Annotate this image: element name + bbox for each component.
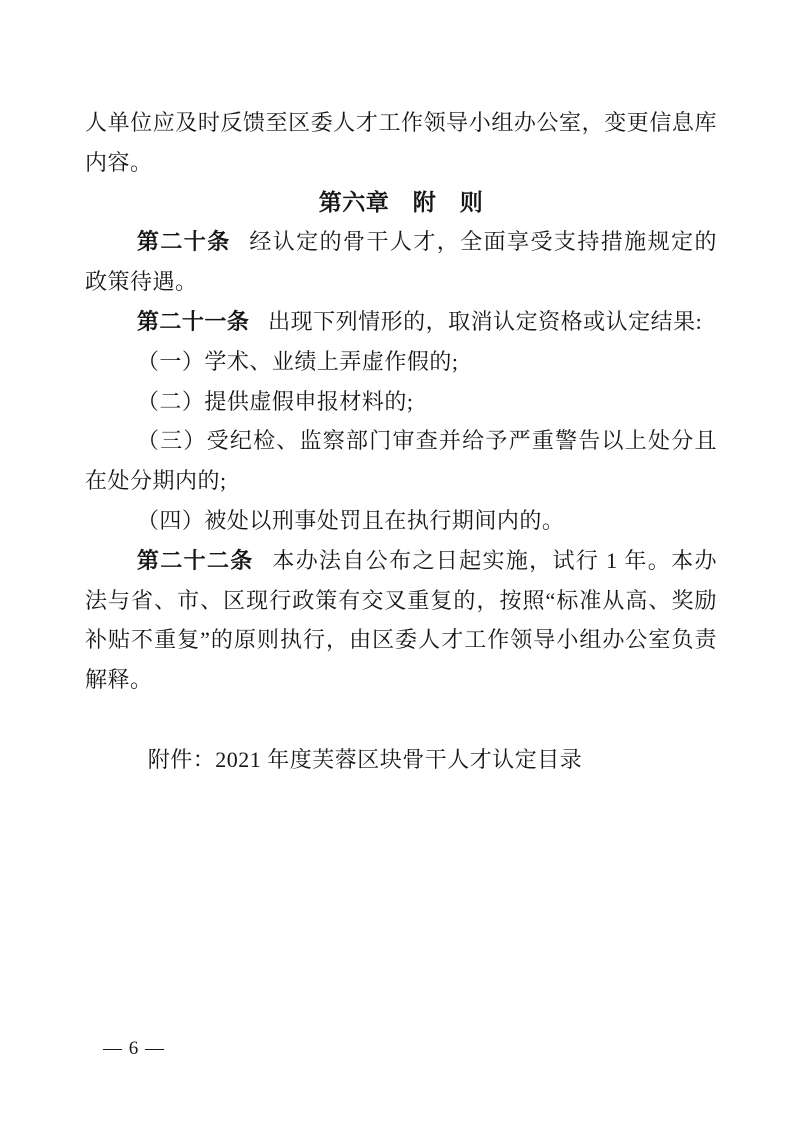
list-item: （三）受纪检、监察部门审查并给予严重警告以上处分且在处分期内的; [85, 421, 717, 501]
list-item: （四）被处以刑事处罚且在执行期间内的。 [85, 501, 717, 541]
continuation-paragraph: 人单位应及时反馈至区委人才工作领导小组办公室，变更信息库内容。 [85, 103, 717, 183]
attachment-line: 附件：2021 年度芙蓉区块骨干人才认定目录 [85, 740, 717, 780]
article-label: 第二十二条 [137, 548, 254, 573]
article-label: 第二十条 [137, 229, 231, 254]
chapter-heading: 第六章 附 则 [85, 183, 717, 223]
article-paragraph: 第二十条经认定的骨干人才，全面享受支持措施规定的政策待遇。 [85, 222, 717, 302]
page-number: — 6 — [103, 1038, 165, 1060]
list-item: （一）学术、业绩上弄虚作假的; [85, 342, 717, 382]
document-page: 人单位应及时反馈至区委人才工作领导小组办公室，变更信息库内容。 第六章 附 则 … [0, 0, 800, 1131]
article-label: 第二十一条 [137, 309, 250, 334]
list-item: （二）提供虚假申报材料的; [85, 382, 717, 422]
article-paragraph: 第二十一条出现下列情形的，取消认定资格或认定结果: [85, 302, 717, 342]
document-body: 人单位应及时反馈至区委人才工作领导小组办公室，变更信息库内容。 第六章 附 则 … [85, 103, 717, 780]
article-paragraph: 第二十二条本办法自公布之日起实施，试行 1 年。本办法与省、市、区现行政策有交叉… [85, 541, 717, 700]
article-text: 出现下列情形的，取消认定资格或认定结果: [268, 309, 702, 334]
